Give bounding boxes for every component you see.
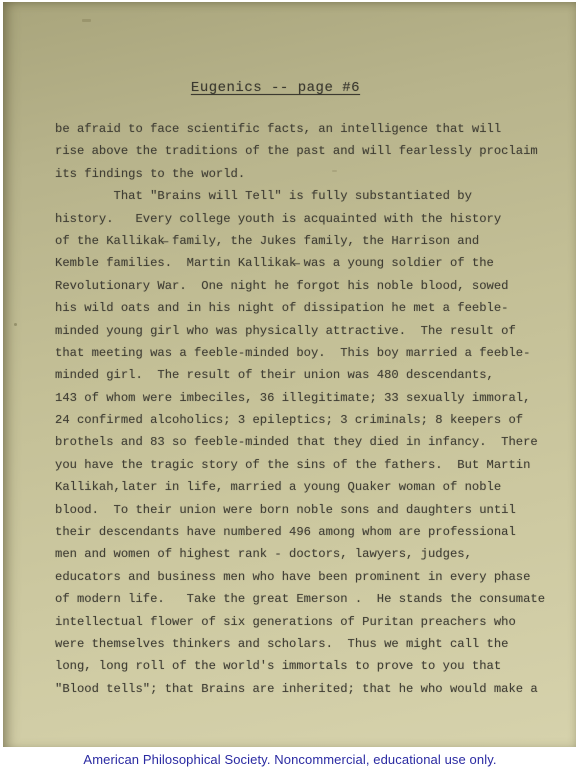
text-line: Kemble families. Martin Kallikak̶ was a … <box>55 252 545 274</box>
text-line: of modern life. Take the great Emerson .… <box>55 588 545 610</box>
text-line: 24 confirmed alcoholics; 3 epileptics; 3… <box>55 409 545 431</box>
text-line: history. Every college youth is acquaint… <box>55 208 545 230</box>
text-line: were themselves thinkers and scholars. T… <box>55 633 545 655</box>
typewritten-body: be afraid to face scientific facts, an i… <box>55 118 545 700</box>
text-line: minded young girl who was physically att… <box>55 320 545 342</box>
text-line: men and women of highest rank - doctors,… <box>55 543 545 565</box>
paper-smudge <box>82 19 91 22</box>
text-line: "Blood tells"; that Brains are inherited… <box>55 678 545 700</box>
text-line: intellectual flower of six generations o… <box>55 611 545 633</box>
text-line: minded girl. The result of their union w… <box>55 364 545 386</box>
text-line: brothels and 83 so feeble-minded that th… <box>55 431 545 453</box>
text-line: That "Brains will Tell" is fully substan… <box>55 185 545 207</box>
paper-sheet: Eugenics -- page #6 be afraid to face sc… <box>3 2 576 748</box>
text-line: blood. To their union were born noble so… <box>55 499 545 521</box>
footer-credit-text: American Philosophical Society. Noncomme… <box>83 752 496 767</box>
text-line: long, long roll of the world's immortals… <box>55 655 545 677</box>
text-line: Revolutionary War. One night he forgot h… <box>55 275 545 297</box>
text-line: Kallikah,later in life, married a young … <box>55 476 545 498</box>
text-line: 143 of whom were imbeciles, 36 illegitim… <box>55 387 545 409</box>
footer-credit-bar: American Philosophical Society. Noncomme… <box>0 747 580 772</box>
text-line: rise above the traditions of the past an… <box>55 140 545 162</box>
text-line: its findings to the world. <box>55 163 545 185</box>
text-line: you have the tragic story of the sins of… <box>55 454 545 476</box>
page-title: Eugenics -- page #6 <box>0 78 562 98</box>
text-line: be afraid to face scientific facts, an i… <box>55 118 545 140</box>
scanned-document-page: Eugenics -- page #6 be afraid to face sc… <box>0 0 580 772</box>
paper-speck <box>14 323 17 326</box>
text-line: educators and business men who have been… <box>55 566 545 588</box>
text-line: of the Kallikak̶ family, the Jukes famil… <box>55 230 545 252</box>
text-line: that meeting was a feeble-minded boy. Th… <box>55 342 545 364</box>
text-line: his wild oats and in his night of dissip… <box>55 297 545 319</box>
text-line: their descendants have numbered 496 amon… <box>55 521 545 543</box>
